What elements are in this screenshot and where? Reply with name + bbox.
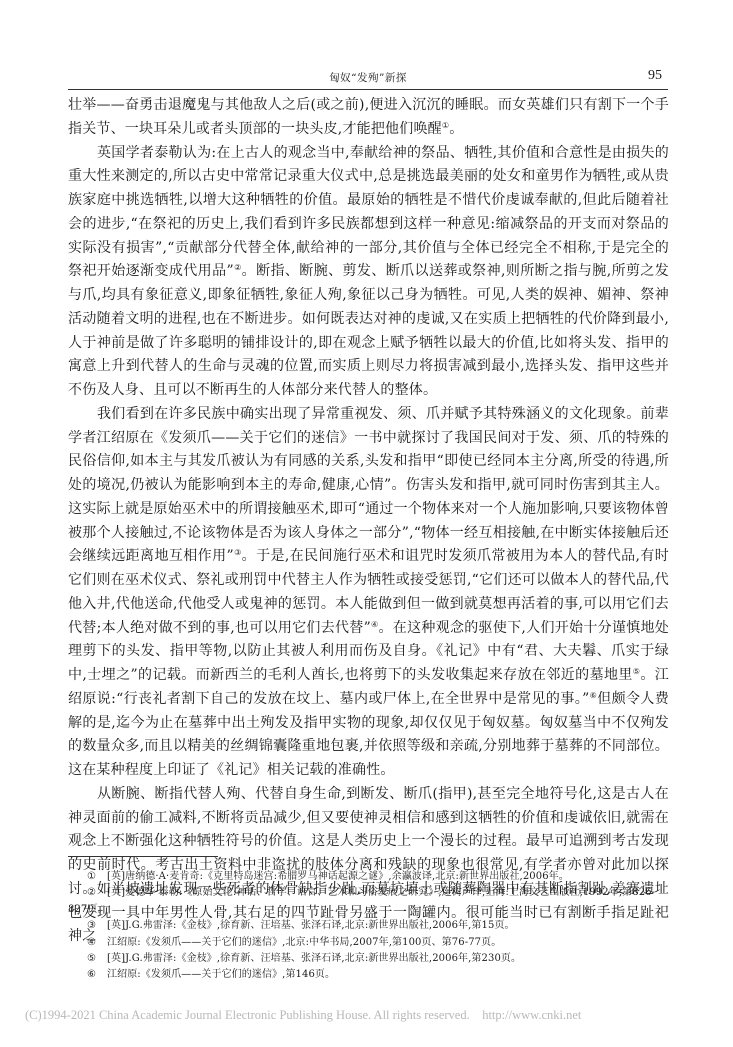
paragraph: 英国学者泰勒认为:在上古人的观念当中,奉献给神的祭品、牺牲,其价值和合意性是由损… [68, 142, 669, 403]
footnote: ②[英]爱德华·泰勒:《原始文化:神话、哲学、语言、艺术和习俗发展之研究》,连树… [68, 885, 669, 918]
footnote-text: [英]唐纳德·A·麦肯奇:《克里特岛迷宫:希腊罗马神话起源之谜》,余瀛波译,北京… [107, 871, 569, 882]
paragraph-text: 壮举——奋勇击退魔鬼与其他敌人之后(或之前),便进入沉沉的睡眠。而女英雄们只有割… [68, 97, 669, 137]
running-title: 匈奴“发殉”新探 [68, 70, 668, 85]
copyright-watermark: (C)1994-2021 China Academic Journal Elec… [25, 1008, 725, 1023]
paragraph-text: 。 [449, 121, 463, 137]
footnotes: ①[英]唐纳德·A·麦肯奇:《克里特岛迷宫:希腊罗马神话起源之谜》,余瀛波译,北… [68, 869, 669, 984]
footnote-text: [英]J.G.弗雷泽:《金枝》,徐育新、汪培基、张泽石译,北京:新世界出版社,2… [107, 953, 521, 964]
footnote-mark: ① [87, 869, 107, 885]
footnote-text: [英]J.G.弗雷泽:《金枝》,徐育新、汪培基、张泽石译,北京:新世界出版社,2… [107, 920, 515, 931]
footnote: ①[英]唐纳德·A·麦肯奇:《克里特岛迷宫:希腊罗马神话起源之谜》,余瀛波译,北… [68, 869, 669, 885]
paragraph-text: 我们看到在许多民族中确实出现了异常重视发、须、爪并赋予其特殊涵义的文化现象。前辈… [68, 406, 669, 565]
footnote: ⑤[英]J.G.弗雷泽:《金枝》,徐育新、汪培基、张泽石译,北京:新世界出版社,… [68, 951, 669, 967]
footnote-text: 江绍原:《发须爪——关于它们的迷信》,北京:中华书局,2007年,第100页、第… [107, 937, 501, 948]
footnote: ④江绍原:《发须爪——关于它们的迷信》,北京:中华书局,2007年,第100页、… [68, 935, 669, 951]
body-text: 壮举——奋勇击退魔鬼与其他敌人之后(或之前),便进入沉沉的睡眠。而女英雄们只有割… [68, 94, 669, 949]
footnote-reference[interactable]: ④ [371, 620, 379, 629]
footnote-text: 江绍原:《发须爪——关于它们的迷信》,第146页。 [107, 969, 335, 980]
footnote-reference[interactable]: ② [234, 263, 242, 272]
footnote: ③[英]J.G.弗雷泽:《金枝》,徐育新、汪培基、张泽石译,北京:新世界出版社,… [68, 918, 669, 934]
footnote-separator [68, 856, 218, 857]
running-head: 匈奴“发殉”新探 95 [68, 68, 668, 88]
paragraph: 壮举——奋勇击退魔鬼与其他敌人之后(或之前),便进入沉沉的睡眠。而女英雄们只有割… [68, 94, 669, 142]
paragraph: 我们看到在许多民族中确实出现了异常重视发、须、爪并赋予其特殊涵义的文化现象。前辈… [68, 403, 669, 783]
footnote: ⑥江绍原:《发须爪——关于它们的迷信》,第146页。 [68, 967, 669, 983]
footnote-text: [英]爱德华·泰勒:《原始文化:神话、哲学、语言、艺术和习俗发展之研究》,连树声… [68, 887, 655, 914]
header-rule [68, 89, 668, 90]
footnote-reference[interactable]: ③ [234, 548, 242, 557]
footnote-mark: ② [87, 885, 107, 901]
footnote-mark: ④ [87, 935, 107, 951]
footnote-mark: ⑥ [87, 967, 107, 983]
footnote-mark: ③ [87, 918, 107, 934]
footnote-mark: ⑤ [87, 951, 107, 967]
paragraph-text: 。断指、断腕、剪发、断爪以送葬或祭神,则所断之指与腕,所剪之发与爪,均具有象征意… [68, 263, 669, 398]
page-number: 95 [648, 68, 662, 84]
paragraph-text: 英国学者泰勒认为:在上古人的观念当中,奉献给神的祭品、牺牲,其价值和合意性是由损… [68, 145, 669, 280]
